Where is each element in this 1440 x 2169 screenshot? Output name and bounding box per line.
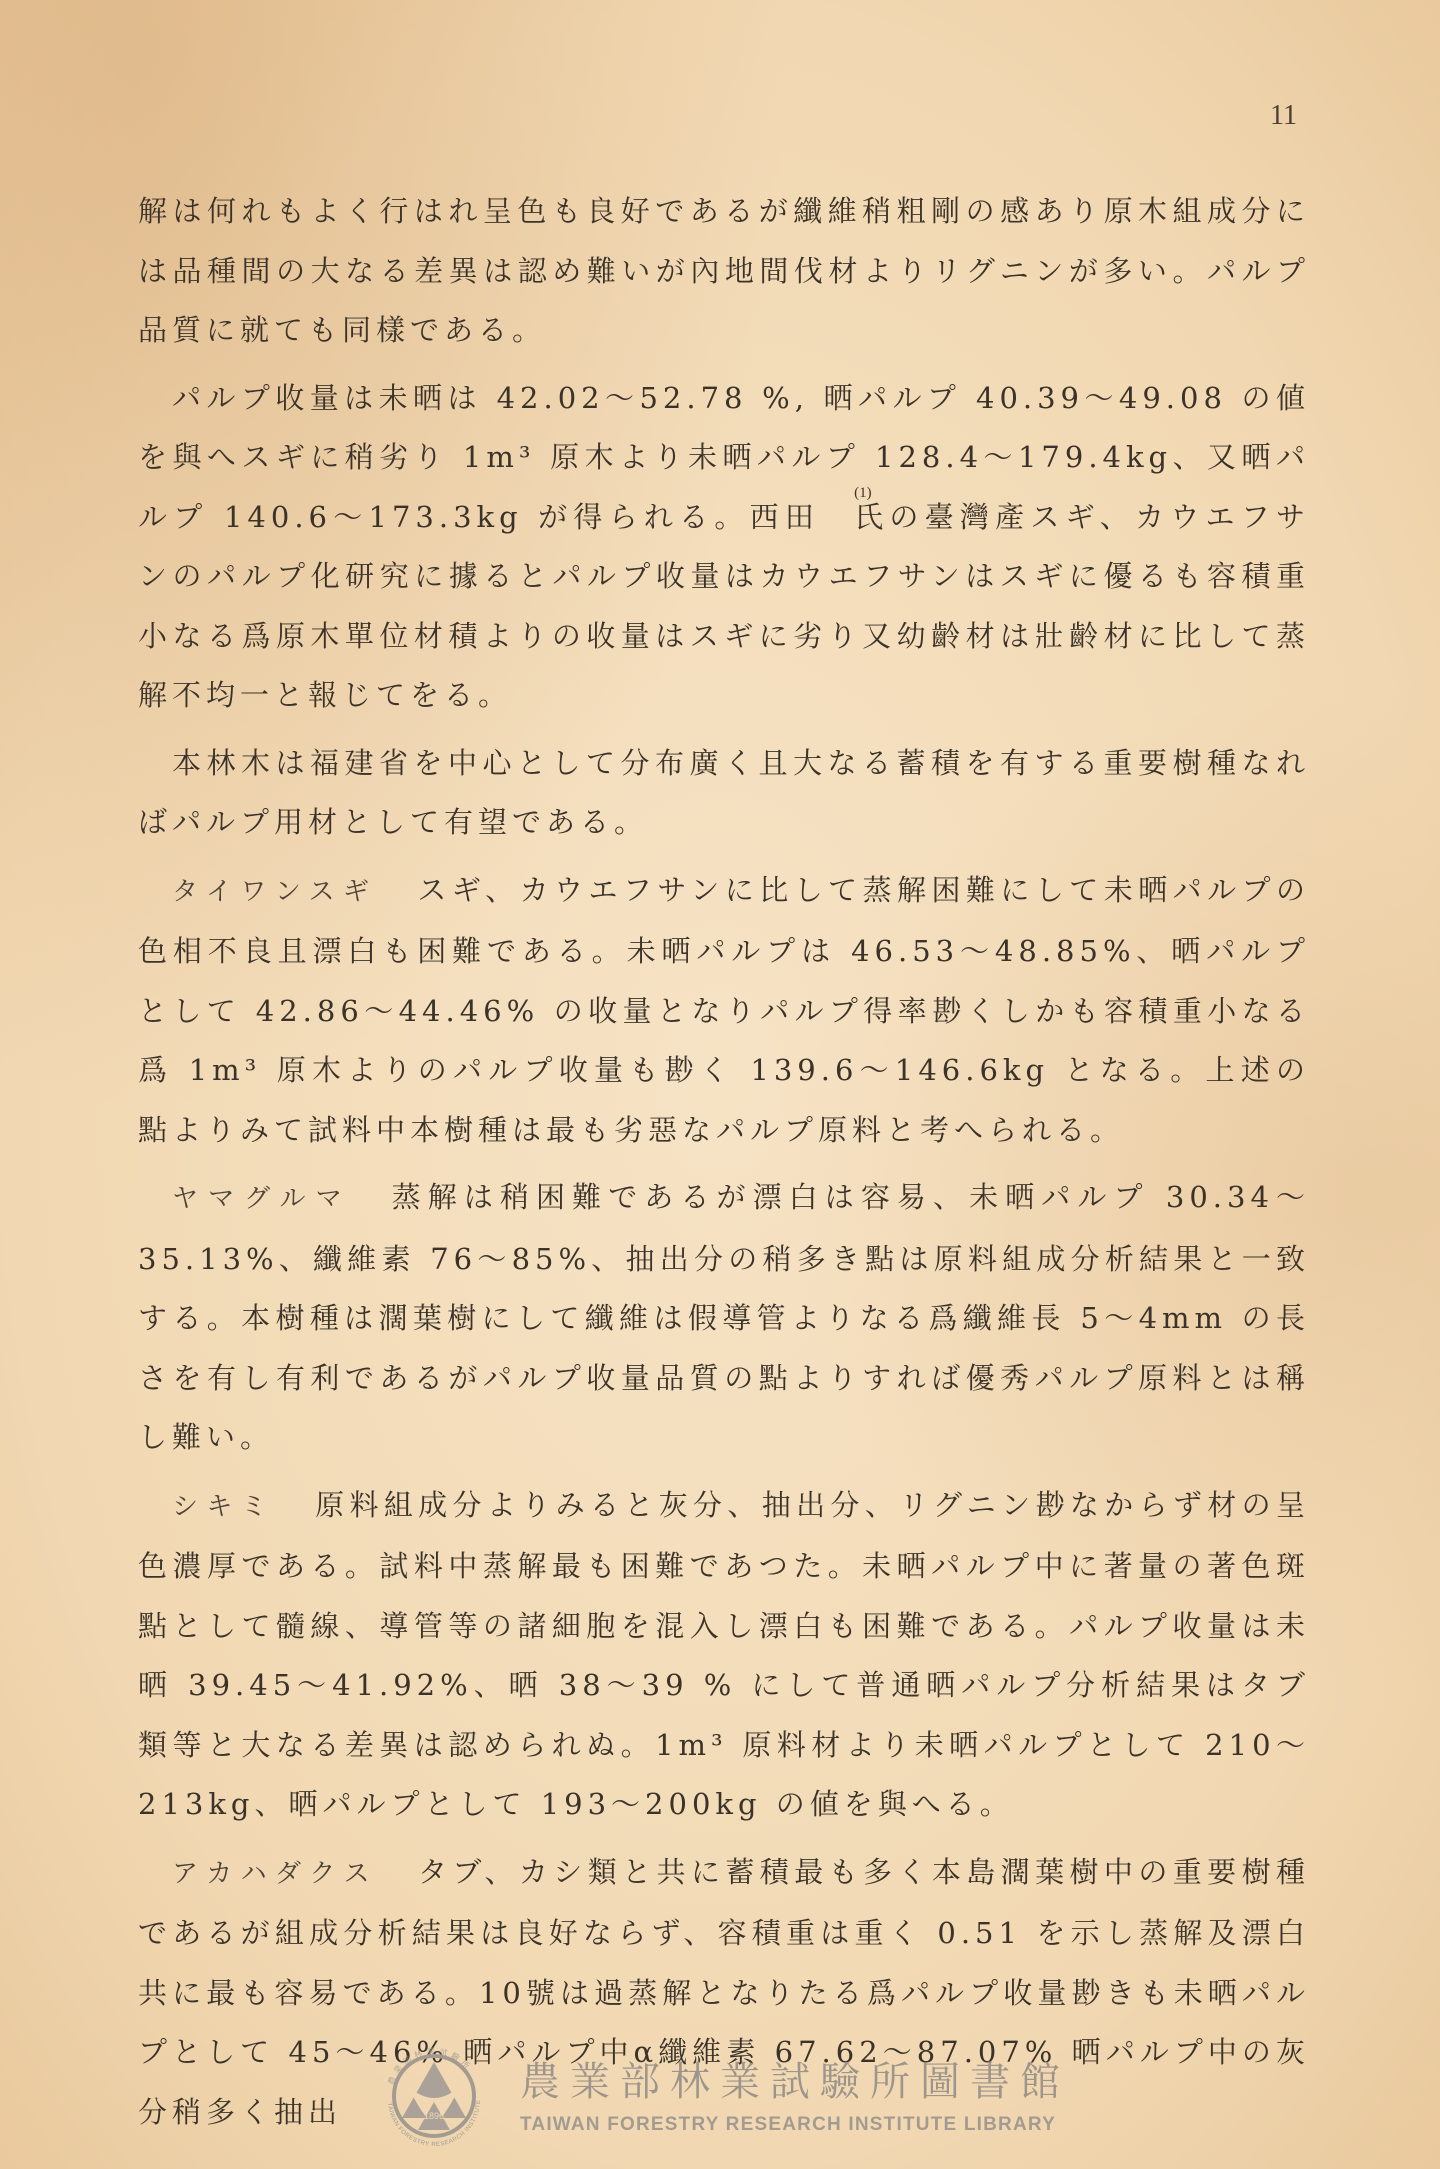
library-name: 農業部林業試驗所圖書館 TAIWAN FORESTRY RESEARCH INS… <box>520 2056 1070 2136</box>
library-name-chinese: 農業部林業試驗所圖書館 <box>520 2056 1070 2108</box>
paragraph-taiwansugi: タイワンスギスギ、カウエフサンに比して蒸解困難にして未晒パルプの色相不良且漂白も… <box>138 861 1310 1161</box>
paragraph-shikimi: シキミ原料組成分よりみると灰分、抽出分、リグニン尠なからず材の呈色濃厚である。試… <box>138 1476 1310 1835</box>
paragraph-text: 解は何れもよく行はれ呈色も良好であるが纖維稍粗剛の感あり原木組成分には品種間の大… <box>138 194 1310 347</box>
paragraph-3: 本林木は福建省を中心として分布廣く且大なる蓄積を有する重要樹種なればパルプ用材と… <box>138 734 1310 853</box>
library-watermark: 1896 農業部林業試驗所 TAIWAN FORESTRY RESEARCH I… <box>378 2036 1078 2156</box>
paragraph-text: 蒸解は稍困難であるが漂白は容易、未晒パルプ 30.34～35.13%、纖維素 7… <box>138 1180 1310 1454</box>
tfri-emblem-icon: 1896 農業部林業試驗所 TAIWAN FORESTRY RESEARCH I… <box>378 2040 490 2152</box>
footnote-marker: (1) <box>820 464 888 524</box>
paragraph-text: 原料組成分よりみると灰分、抽出分、リグニン尠なからず材の呈色濃厚である。試料中蒸… <box>138 1488 1310 1822</box>
paragraph-2: パルプ收量は未晒は 42.02～52.78 %, 晒パルプ 40.39～49.0… <box>138 369 1310 726</box>
paragraph-text: スギ、カウエフサンに比して蒸解困難にして未晒パルプの色相不良且漂白も困難である。… <box>138 873 1310 1147</box>
species-heading: アカハダクス <box>172 1859 378 1889</box>
svg-text:1896: 1896 <box>424 2111 444 2121</box>
species-heading: シキミ <box>172 1492 275 1522</box>
paragraph-1: 解は何れもよく行はれ呈色も良好であるが纖維稍粗剛の感あり原木組成分には品種間の大… <box>138 182 1310 361</box>
page-number: 11 <box>1270 100 1297 132</box>
species-heading: タイワンスギ <box>172 877 377 907</box>
library-name-english: TAIWAN FORESTRY RESEARCH INSTITUTE LIBRA… <box>520 2114 1070 2136</box>
paragraph-text: 本林木は福建省を中心として分布廣く且大なる蓄積を有する重要樹種なればパルプ用材と… <box>138 746 1310 840</box>
citation-reference: (1)氏 <box>820 488 888 548</box>
document-body: 解は何れもよく行はれ呈色も良好であるが纖維稍粗剛の感あり原木組成分には品種間の大… <box>138 182 1310 2142</box>
paragraph-yamaguruma: ヤマグルマ蒸解は稍困難であるが漂白は容易、未晒パルプ 30.34～35.13%、… <box>138 1168 1310 1468</box>
species-heading: ヤマグルマ <box>172 1184 352 1214</box>
